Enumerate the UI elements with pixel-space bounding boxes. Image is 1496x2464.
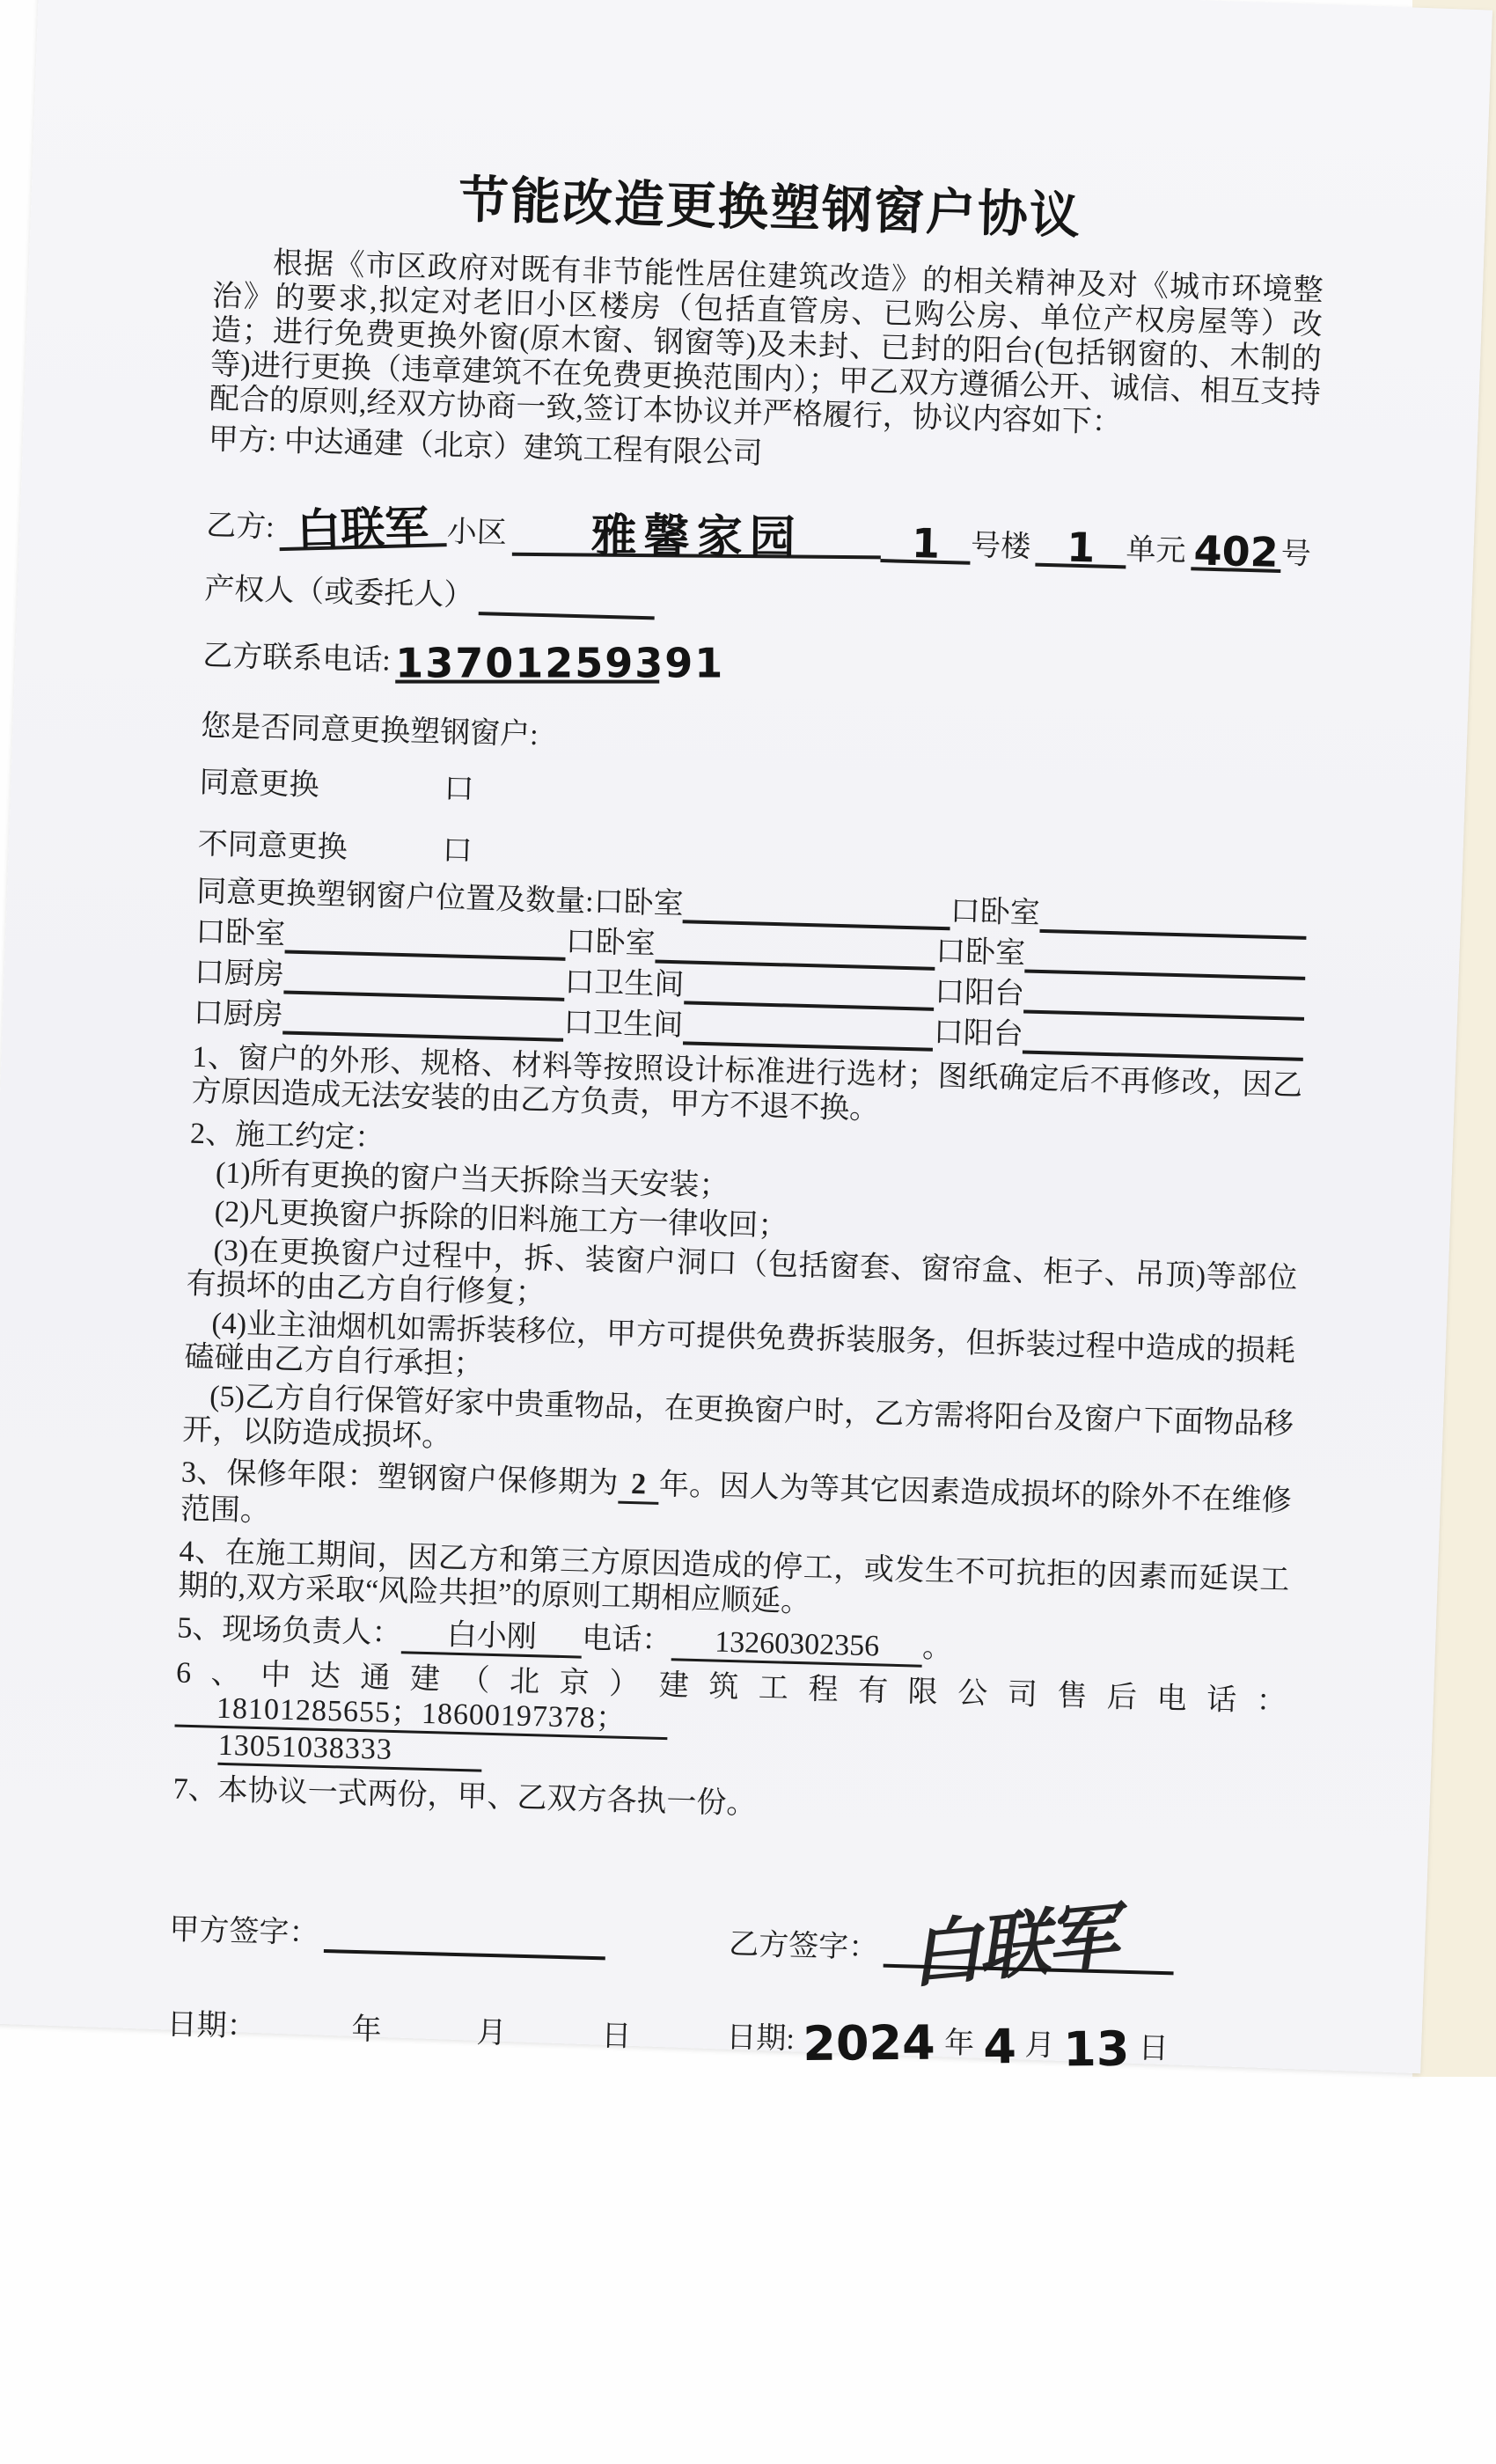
room-checkbox-label: 口厨房 xyxy=(194,957,284,994)
room-checkbox-label: 口卧室 xyxy=(593,886,684,924)
party-b-name-field: 白联军 xyxy=(279,510,447,551)
building-number-field: 1 xyxy=(880,525,971,565)
signature-section: 甲方签字： 乙方签字： 白联军 xyxy=(169,1887,1280,1977)
party-b-signature-line: 白联军 xyxy=(884,1924,1175,1976)
agree-checkbox: 口 xyxy=(444,773,474,807)
day-label: 日 xyxy=(601,2020,632,2054)
room-number-field: 402 xyxy=(1191,533,1281,573)
month-label: 月 xyxy=(1024,2029,1055,2065)
party-b-date-row: 日期: 2024 年 4 月 13 日 xyxy=(726,2021,1169,2068)
fill-line xyxy=(683,1032,934,1051)
party-b-line: 乙方: 白联军 小区 雅馨家园 1 号楼 1 单元 402 号 xyxy=(206,476,1318,574)
room-checkbox-label: 口卫生间 xyxy=(563,1007,684,1045)
warranty-years-field: 2 xyxy=(618,1467,659,1505)
location-cell: 口卫生间 xyxy=(563,1007,935,1052)
date-day-field: 13 xyxy=(1063,2033,1129,2067)
date-year-field: 2024 xyxy=(803,2027,936,2061)
party-a-signature-line xyxy=(324,1909,606,1960)
date-section: 日期： 年 月 日 日期: 2024 年 4 月 13 日 xyxy=(166,2006,1278,2071)
party-a-signature-row: 甲方签字： xyxy=(169,1887,699,1962)
party-a-signature-label: 甲方签字： xyxy=(169,1913,325,1953)
scan-canvas: 节能改造更换塑钢窗户协议 根据《市区政府对既有非节能性居住建筑改造》的相关精神及… xyxy=(0,0,1496,2464)
community-field: 雅馨家园 xyxy=(511,519,881,560)
location-cell: 口厨房 xyxy=(193,997,564,1042)
site-manager-label: 5、现场负责人： xyxy=(177,1612,402,1651)
party-b-signature: 白联军 xyxy=(913,1919,1123,1973)
document-content: 节能改造更换塑钢窗户协议 根据《市区政府对既有非节能性居住建筑改造》的相关精神及… xyxy=(166,165,1325,2071)
site-manager-phone-label: 电话： xyxy=(582,1623,672,1658)
party-b-signature-row: 乙方签字： 白联军 xyxy=(729,1902,1176,1975)
intro-paragraph: 根据《市区政府对既有非节能性居住建筑改造》的相关精神及对《城市环境整治》的要求,… xyxy=(209,245,1324,445)
location-cell: 口阳台 xyxy=(933,1016,1304,1061)
location-quantity-section: 同意更换塑钢窗户位置及数量: 口卧室 口卧室 口卧室 口卧室 口卧室 口厨房 口… xyxy=(193,870,1307,1061)
after-sales-phone-2-field: 13051038333 xyxy=(217,1728,482,1772)
fill-line xyxy=(1023,1041,1303,1060)
community-label: 小区 xyxy=(446,516,512,553)
room-checkbox-label: 口阳台 xyxy=(933,1016,1023,1054)
agree-option-label: 同意更换 xyxy=(199,766,444,806)
disagree-option-label: 不同意更换 xyxy=(197,828,443,868)
party-b-label: 乙方: xyxy=(206,510,280,546)
owner-blank-field xyxy=(479,605,655,620)
year-label: 年 xyxy=(351,2013,382,2048)
disagree-checkbox: 口 xyxy=(442,834,473,869)
room-checkbox-label: 口卫生间 xyxy=(564,966,685,1005)
scanned-page: 节能改造更换塑钢窗户协议 根据《市区政府对既有非节能性居住建筑改造》的相关精神及… xyxy=(0,0,1492,2073)
owner-label: 产权人（或委托人） xyxy=(204,573,480,615)
site-manager-name-field: 白小刚 xyxy=(401,1617,583,1658)
party-a-date-label: 日期： xyxy=(166,2008,257,2044)
unit-number-field: 1 xyxy=(1036,530,1126,569)
year-label: 年 xyxy=(944,2028,975,2064)
clause-5-period: 。 xyxy=(922,1632,953,1665)
site-manager-phone-field: 13260302356 xyxy=(671,1624,923,1667)
room-checkbox-label: 口厨房 xyxy=(193,997,283,1035)
month-label: 月 xyxy=(476,2017,507,2051)
party-b-signature-label: 乙方签字： xyxy=(729,1928,884,1968)
party-a-date-row: 日期： 年 月 日 xyxy=(166,2008,695,2056)
unit-label: 单元 xyxy=(1126,533,1192,570)
room-checkbox-label: 口卧室 xyxy=(195,916,286,954)
date-month-field: 4 xyxy=(983,2030,1016,2064)
agree-option-row: 同意更换 口 xyxy=(199,766,1310,829)
phone-field: 13701259391 xyxy=(396,647,660,684)
room-checkbox-label: 口阳台 xyxy=(934,976,1024,1014)
room-checkbox-label: 口卧室 xyxy=(950,895,1040,933)
room-checkbox-label: 口卧室 xyxy=(935,935,1026,973)
phone-label: 乙方联系电话: xyxy=(202,640,396,680)
room-label: 号 xyxy=(1280,538,1316,574)
party-b-date-label: 日期: xyxy=(726,2021,795,2058)
room-checkbox-label: 口卧室 xyxy=(565,926,656,964)
fill-line xyxy=(282,1022,563,1041)
agree-question: 您是否同意更换塑钢窗户: xyxy=(201,710,1312,773)
building-label: 号楼 xyxy=(971,530,1037,567)
document-title: 节能改造更换塑钢窗户协议 xyxy=(214,165,1325,251)
clause-3-prefix: 3、保修年限：塑钢窗户保修期为 xyxy=(181,1456,620,1500)
clause-6: 6、中达通建（北京）建筑工程有限公司售后电话：18101285655；18600… xyxy=(173,1656,1287,1793)
day-label: 日 xyxy=(1138,2032,1169,2068)
